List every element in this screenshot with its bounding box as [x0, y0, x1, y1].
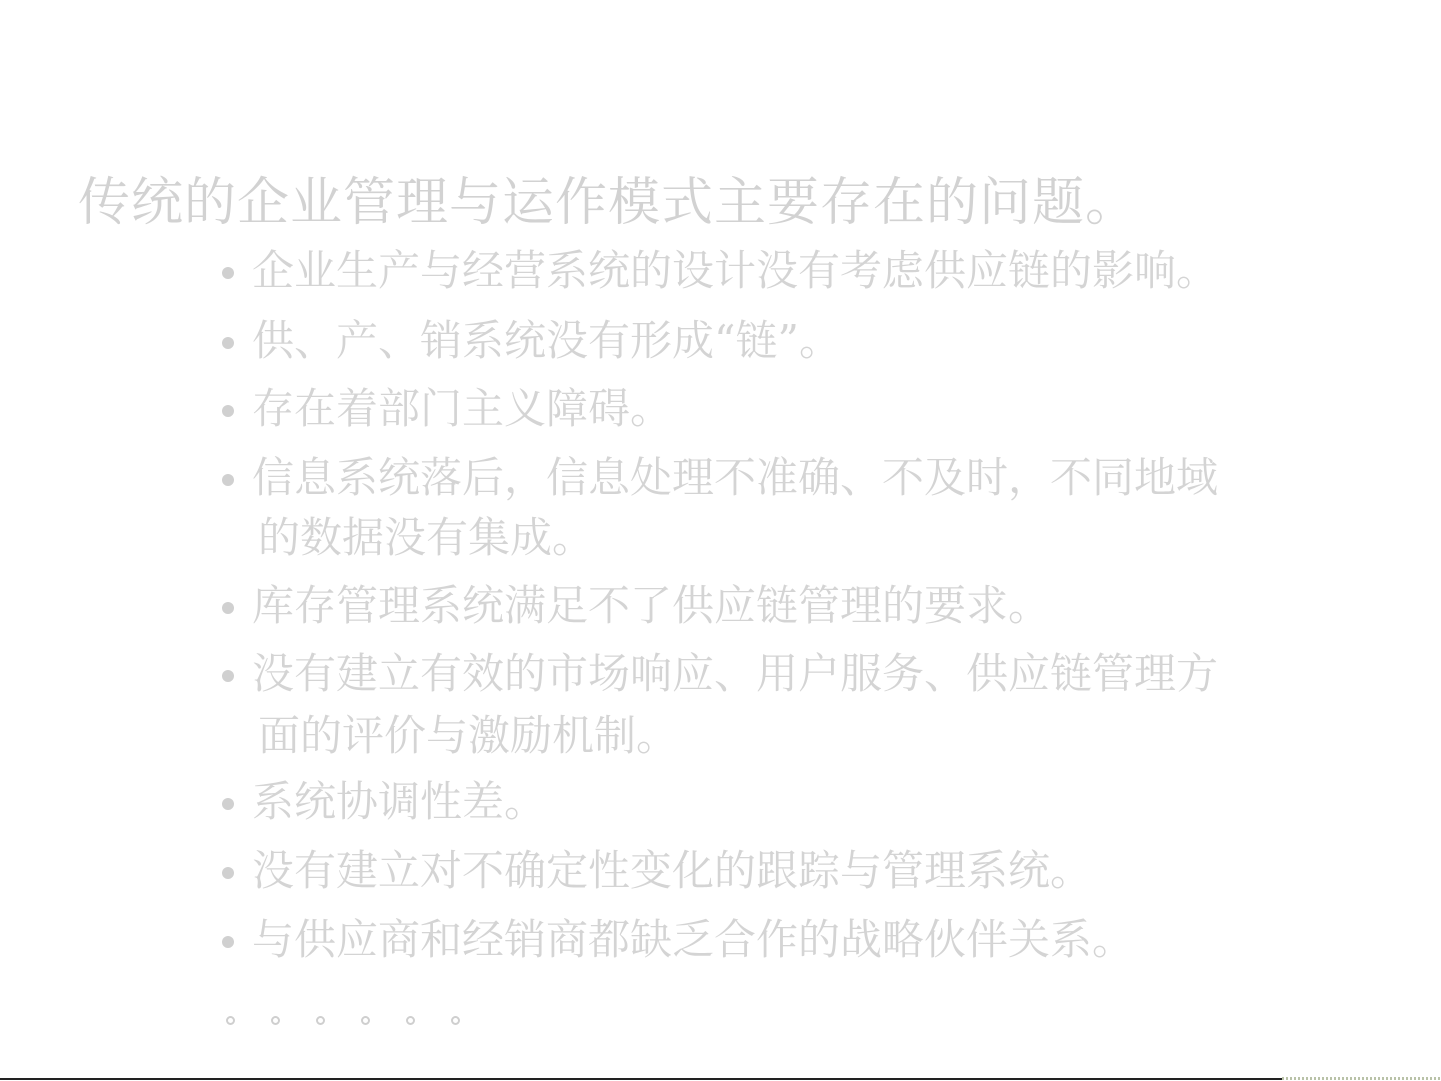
bullet-item: 系统协调性差。 [222, 771, 546, 833]
bullet-dot-icon [222, 670, 234, 682]
bullet-text: 没有建立对不确定性变化的跟踪与管理系统。 [252, 840, 1092, 902]
bullet-dot-icon [222, 936, 234, 948]
bullet-dot-icon [222, 337, 234, 349]
bullet-item: 信息系统落后，信息处理不准确、不及时，不同地域 的数据没有集成。 [222, 447, 1218, 569]
slide-title: 传统的企业管理与运作模式主要存在的问题。 [78, 172, 1138, 234]
bullet-dot-icon [222, 474, 234, 486]
bullet-text-continuation: 的数据没有集成。 [252, 507, 1218, 569]
circle-icon [406, 1016, 415, 1025]
circle-icon [271, 1016, 280, 1025]
bullet-item: 没有建立有效的市场响应、用户服务、供应链管理方 面的评价与激励机制。 [222, 643, 1218, 767]
circle-icon [361, 1016, 370, 1025]
bottom-border [0, 1078, 1282, 1080]
circle-icon [226, 1016, 235, 1025]
bullet-item: 供、产、销系统没有形成“链”。 [222, 310, 841, 372]
bullet-dot-icon [222, 405, 234, 417]
trailing-ellipsis [226, 1016, 460, 1025]
bullet-text-block: 没有建立有效的市场响应、用户服务、供应链管理方 面的评价与激励机制。 [252, 643, 1218, 767]
bullet-item: 存在着部门主义障碍。 [222, 378, 672, 440]
bullet-dot-icon [222, 267, 234, 279]
circle-icon [316, 1016, 325, 1025]
bullet-dot-icon [222, 798, 234, 810]
bullet-dot-icon [222, 867, 234, 879]
bullet-text: 信息系统落后，信息处理不准确、不及时，不同地域 [252, 447, 1218, 509]
bullet-text: 存在着部门主义障碍。 [252, 378, 672, 440]
bottom-dotted-border [1282, 1077, 1441, 1080]
bullet-item: 库存管理系统满足不了供应链管理的要求。 [222, 575, 1050, 637]
bullet-item: 没有建立对不确定性变化的跟踪与管理系统。 [222, 840, 1092, 902]
circle-icon [451, 1016, 460, 1025]
bullet-text: 库存管理系统满足不了供应链管理的要求。 [252, 575, 1050, 637]
bullet-item: 与供应商和经销商都缺乏合作的战略伙伴关系。 [222, 909, 1134, 971]
bullet-text: 没有建立有效的市场响应、用户服务、供应链管理方 [252, 643, 1218, 705]
bullet-text: 企业生产与经营系统的设计没有考虑供应链的影响。 [252, 240, 1218, 302]
bullet-text-continuation: 面的评价与激励机制。 [252, 705, 1218, 767]
bullet-text-block: 信息系统落后，信息处理不准确、不及时，不同地域 的数据没有集成。 [252, 447, 1218, 569]
bullet-dot-icon [222, 602, 234, 614]
bullet-item: 企业生产与经营系统的设计没有考虑供应链的影响。 [222, 240, 1218, 302]
bullet-text: 系统协调性差。 [252, 771, 546, 833]
bullet-text: 与供应商和经销商都缺乏合作的战略伙伴关系。 [252, 909, 1134, 971]
bullet-text: 供、产、销系统没有形成“链”。 [252, 310, 841, 372]
